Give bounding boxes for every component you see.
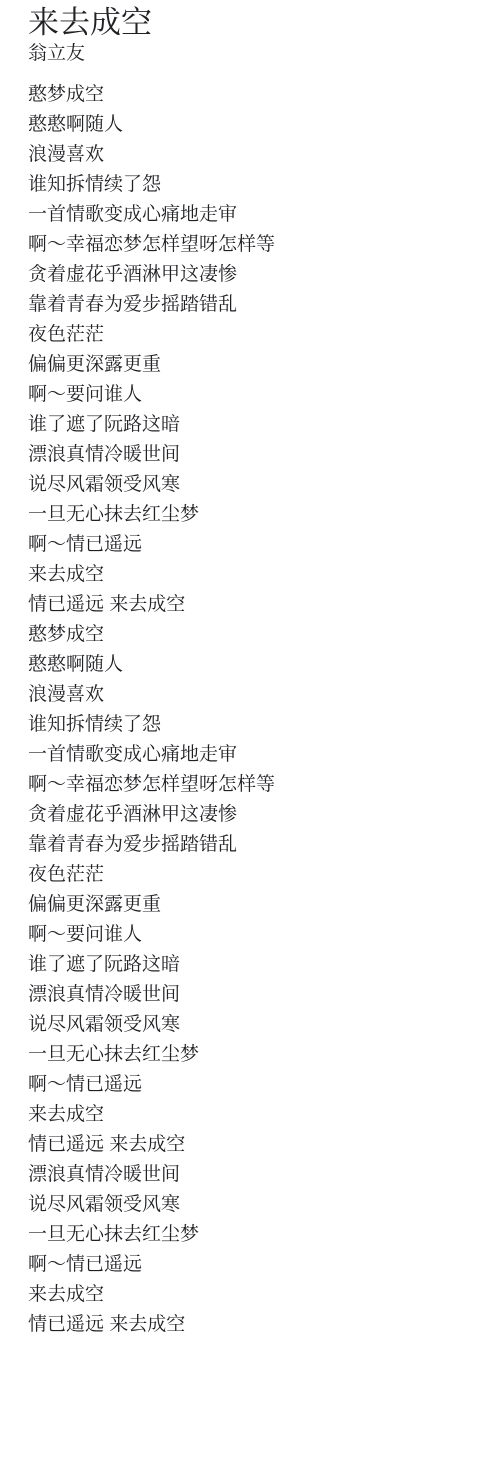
lyric-line: 说尽风霜领受风寒 [28,1010,480,1040]
lyric-line: 啊～幸福恋梦怎样望呀怎样等 [28,230,480,260]
lyric-line: 漂浪真情冷暖世间 [28,440,480,470]
lyric-line: 偏偏更深露更重 [28,350,480,380]
lyrics-list: 憨梦成空憨憨啊随人浪漫喜欢谁知拆情续了怨一首情歌变成心痛地走审啊～幸福恋梦怎样望… [28,80,480,1340]
lyric-line: 啊～幸福恋梦怎样望呀怎样等 [28,770,480,800]
lyric-line: 靠着青春为爱步摇踏错乱 [28,830,480,860]
lyric-line: 情已遥远 来去成空 [28,1130,480,1160]
lyric-line: 说尽风霜领受风寒 [28,1190,480,1220]
lyric-line: 说尽风霜领受风寒 [28,470,480,500]
lyric-line: 谁了遮了阮路这暗 [28,950,480,980]
lyric-line: 情已遥远 来去成空 [28,1310,480,1340]
lyric-line: 谁知拆情续了怨 [28,710,480,740]
lyric-line: 憨憨啊随人 [28,110,480,140]
lyrics-page: 来去成空 翁立友 憨梦成空憨憨啊随人浪漫喜欢谁知拆情续了怨一首情歌变成心痛地走审… [0,0,500,1340]
lyric-line: 情已遥远 来去成空 [28,590,480,620]
lyric-line: 啊～情已遥远 [28,530,480,560]
lyric-line: 啊～要问谁人 [28,920,480,950]
song-title: 来去成空 [28,4,480,42]
lyric-line: 啊～情已遥远 [28,1250,480,1280]
lyric-line: 偏偏更深露更重 [28,890,480,920]
lyric-line: 浪漫喜欢 [28,680,480,710]
lyric-line: 啊～情已遥远 [28,1070,480,1100]
lyric-line: 漂浪真情冷暖世间 [28,980,480,1010]
lyric-line: 啊～要问谁人 [28,380,480,410]
lyric-line: 来去成空 [28,1280,480,1310]
lyric-line: 一旦无心抹去红尘梦 [28,500,480,530]
lyric-line: 一旦无心抹去红尘梦 [28,1040,480,1070]
lyric-line: 贪着虚花乎酒淋甲这凄惨 [28,260,480,290]
lyric-line: 谁知拆情续了怨 [28,170,480,200]
lyric-line: 夜色茫茫 [28,320,480,350]
lyric-line: 来去成空 [28,560,480,590]
lyric-line: 浪漫喜欢 [28,140,480,170]
lyric-line: 憨梦成空 [28,80,480,110]
lyric-line: 漂浪真情冷暖世间 [28,1160,480,1190]
lyric-line: 一首情歌变成心痛地走审 [28,740,480,770]
lyric-line: 夜色茫茫 [28,860,480,890]
lyric-line: 谁了遮了阮路这暗 [28,410,480,440]
lyric-line: 贪着虚花乎酒淋甲这凄惨 [28,800,480,830]
lyric-line: 憨憨啊随人 [28,650,480,680]
lyric-line: 憨梦成空 [28,620,480,650]
artist-name: 翁立友 [28,42,480,66]
lyric-line: 来去成空 [28,1100,480,1130]
lyric-line: 靠着青春为爱步摇踏错乱 [28,290,480,320]
lyric-line: 一首情歌变成心痛地走审 [28,200,480,230]
lyric-line: 一旦无心抹去红尘梦 [28,1220,480,1250]
